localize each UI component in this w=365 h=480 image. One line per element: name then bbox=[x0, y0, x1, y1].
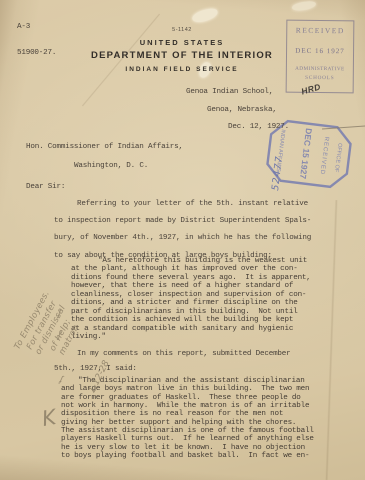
dateline-place: Genoa, Nebraska, bbox=[207, 106, 277, 114]
dateline-school: Genoa Indian School, bbox=[186, 88, 273, 96]
paper-damage-spot bbox=[191, 7, 219, 24]
letterhead-form-number: 5-1142 bbox=[62, 27, 302, 33]
salutation: Dear Sir: bbox=[26, 183, 65, 191]
received-stamp-received: RECEIVED bbox=[287, 26, 353, 36]
received-stamp-date: DEC 16 1927 bbox=[287, 47, 353, 56]
paper-damage-spot bbox=[292, 0, 317, 11]
file-reference-line1: A-3 bbox=[17, 23, 56, 32]
recipient-line2: Washington, D. C. bbox=[74, 162, 148, 170]
body-paragraph-1: Referring to your letter of the 5th. ins… bbox=[54, 196, 311, 265]
received-stamp: RECEIVED DEC 16 1927 ADMINISTRATIVE SCHO… bbox=[286, 20, 355, 94]
pencil-mark: ʃ bbox=[58, 330, 61, 340]
octagon-date-text: DEC 15 1927 bbox=[298, 128, 314, 180]
letterhead: 5-1142 UNITED STATES DEPARTMENT OF THE I… bbox=[62, 27, 302, 73]
letter-scan: A-3 51900-27. 5-1142 UNITED STATES DEPAR… bbox=[0, 0, 365, 480]
received-stamp-schools: SCHOOLS bbox=[287, 75, 353, 82]
pencil-mark: ʃ bbox=[58, 308, 61, 318]
body-quote-1: "As heretofore this building is the weak… bbox=[71, 257, 311, 342]
letterhead-united-states: UNITED STATES bbox=[62, 38, 302, 47]
letterhead-department: DEPARTMENT OF THE INTERIOR bbox=[62, 50, 302, 61]
file-reference-line2: 51900-27. bbox=[17, 49, 56, 58]
margin-note-initial: K bbox=[40, 405, 58, 431]
received-stamp-administrative: ADMINISTRATIVE bbox=[287, 66, 353, 73]
recipient-line1: Hon. Commissioner of Indian Affairs, bbox=[26, 143, 183, 151]
body-paragraph-2: In my comments on this report, submitted… bbox=[54, 347, 291, 376]
dateline-date: Dec. 12, 1927. bbox=[228, 123, 289, 131]
file-reference: A-3 51900-27. bbox=[17, 6, 56, 74]
paper-crease bbox=[325, 200, 338, 480]
octagon-arc-top-text: OFFICE OF bbox=[333, 143, 343, 173]
letterhead-indian-field-service: INDIAN FIELD SERVICE bbox=[62, 66, 302, 73]
octagon-received-text: RECEIVED bbox=[319, 136, 330, 175]
